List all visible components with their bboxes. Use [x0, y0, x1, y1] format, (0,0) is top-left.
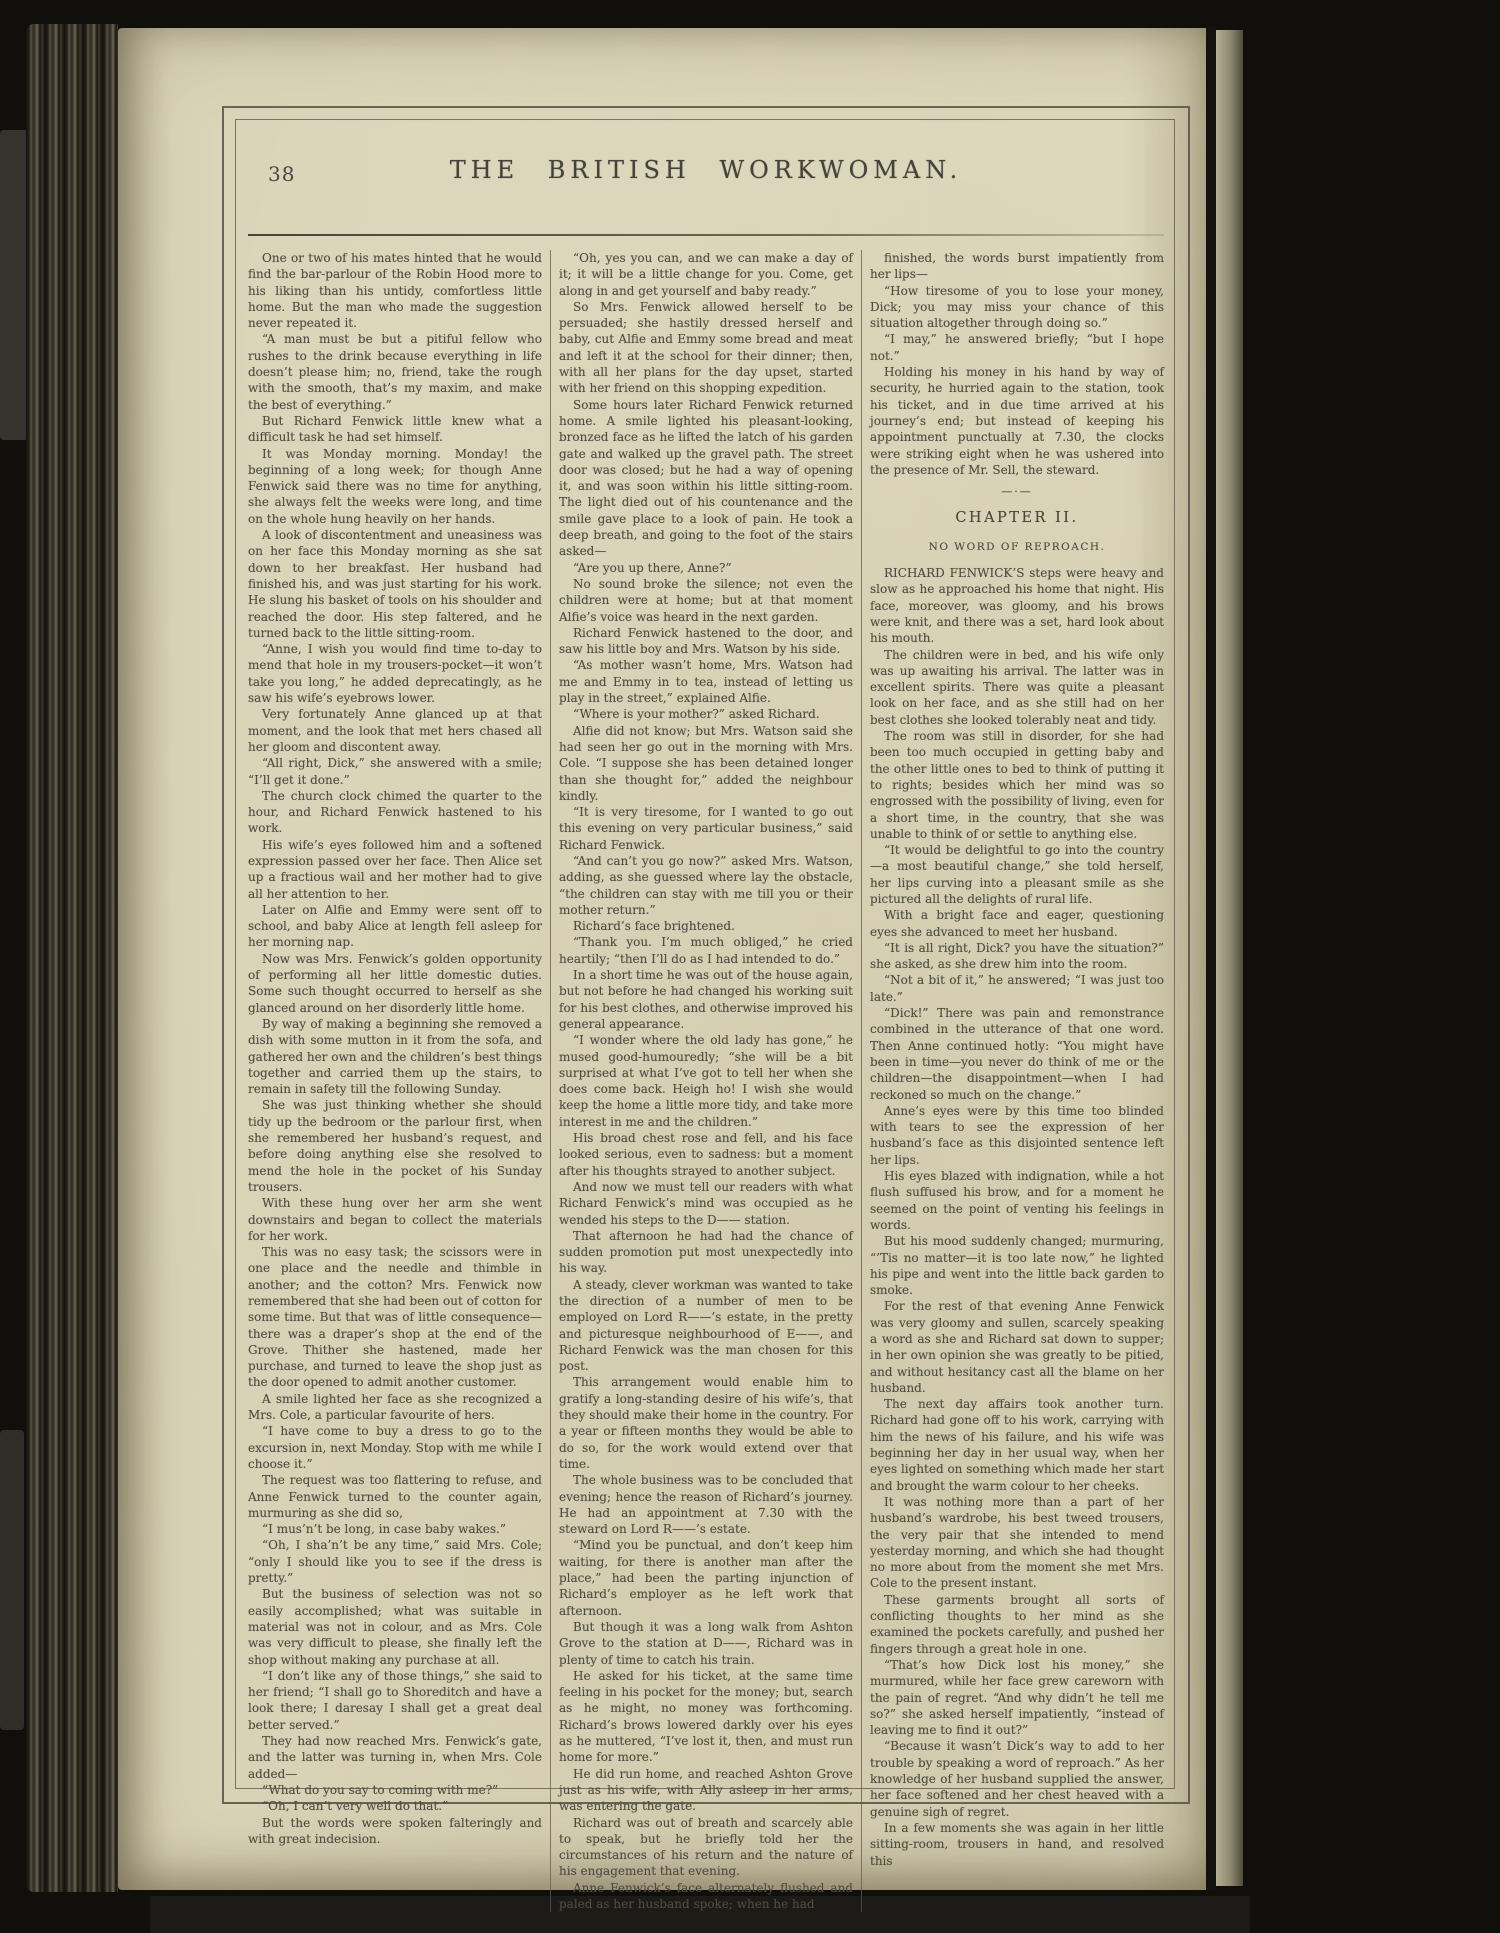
paragraph: “It is very tiresome, for I wanted to go… [559, 804, 853, 853]
paragraph: “Anne, I wish you would find time to-day… [248, 641, 542, 706]
paragraph: But Richard Fenwick little knew what a d… [248, 413, 542, 446]
paragraph: They had now reached Mrs. Fenwick’s gate… [248, 1733, 542, 1782]
paragraph: The room was still in disorder, for she … [870, 728, 1164, 842]
paragraph: In a short time he was out of the house … [559, 967, 853, 1032]
paragraph: For the rest of that evening Anne Fenwic… [870, 1298, 1164, 1396]
paragraph: “Are you up there, Anne?” [559, 560, 853, 576]
paragraph: And now we must tell our readers with wh… [559, 1179, 853, 1228]
paragraph: His broad chest rose and fell, and his f… [559, 1130, 853, 1179]
paragraph: He did run home, and reached Ashton Grov… [559, 1766, 853, 1815]
paragraph: With these hung over her arm she went do… [248, 1195, 542, 1244]
paragraph: “Thank you. I’m much obliged,” he cried … [559, 934, 853, 967]
paragraph: “Dick!” There was pain and remonstrance … [870, 1005, 1164, 1103]
paragraph: The whole business was to be concluded t… [559, 1472, 853, 1537]
chapter-block: —·— CHAPTER II. NO WORD OF REPROACH. [870, 484, 1164, 555]
paragraph: “I may,” he answered briefly; “but I hop… [870, 331, 1164, 364]
paragraph: In a few moments she was again in her li… [870, 1820, 1164, 1869]
paragraph: “And can’t you go now?” asked Mrs. Watso… [559, 853, 853, 918]
paragraph: But though it was a long walk from Ashto… [559, 1619, 853, 1668]
paragraph: Holding his money in his hand by way of … [870, 364, 1164, 478]
paragraph: But his mood suddenly changed; murmuring… [870, 1233, 1164, 1298]
paragraph: “It is all right, Dick? you have the sit… [870, 940, 1164, 973]
paragraph: “As mother wasn’t home, Mrs. Watson had … [559, 657, 853, 706]
paragraph: “Mind you be punctual, and don’t keep hi… [559, 1537, 853, 1618]
scan-edge-patch [0, 130, 28, 440]
paragraph: “A man must be but a pitiful fellow who … [248, 331, 542, 412]
paragraph: With a bright face and eager, questionin… [870, 907, 1164, 940]
paragraph: “All right, Dick,” she answered with a s… [248, 755, 542, 788]
column-2: “Oh, yes you can, and we can make a day … [550, 250, 861, 1912]
paper-page: 38 THE BRITISH WORKWOMAN. One or two of … [118, 28, 1210, 1890]
paragraph: Now was Mrs. Fenwick’s golden opportunit… [248, 951, 542, 1016]
paragraph: “Because it wasn’t Dick’s way to add to … [870, 1738, 1164, 1819]
book-page-stack-edge [26, 24, 118, 1892]
paragraph: Alfie did not know; but Mrs. Watson said… [559, 723, 853, 804]
column-1: One or two of his mates hinted that he w… [248, 250, 550, 1912]
paragraph: “I have come to buy a dress to go to the… [248, 1423, 542, 1472]
paragraph: finished, the words burst impatiently fr… [870, 250, 1164, 283]
page-scan: 38 THE BRITISH WORKWOMAN. One or two of … [0, 0, 1500, 1933]
chapter-heading: CHAPTER II. [870, 510, 1164, 526]
paragraph: So Mrs. Fenwick allowed herself to be pe… [559, 299, 853, 397]
paragraph: This was no easy task; the scissors were… [248, 1244, 542, 1391]
paragraph: Very fortunately Anne glanced up at that… [248, 706, 542, 755]
paragraph: “How tiresome of you to lose your money,… [870, 283, 1164, 332]
masthead: 38 THE BRITISH WORKWOMAN. [248, 154, 1164, 214]
page-fold-shadow [1206, 26, 1216, 1890]
paragraph: The church clock chimed the quarter to t… [248, 788, 542, 837]
paragraph: Anne Fenwick’s face alternately flushed … [559, 1880, 853, 1913]
paragraph: It was Monday morning. Monday! the begin… [248, 446, 542, 527]
paragraph: Later on Alfie and Emmy were sent off to… [248, 902, 542, 951]
paragraph: These garments brought all sorts of conf… [870, 1592, 1164, 1657]
paragraph: Some hours later Richard Fenwick returne… [559, 397, 853, 560]
facing-page-edge [1216, 30, 1243, 1886]
paragraph: She was just thinking whether she should… [248, 1097, 542, 1195]
paragraph: “I wonder where the old lady has gone,” … [559, 1032, 853, 1130]
paragraph: The next day affairs took another turn. … [870, 1396, 1164, 1494]
paragraph: But the business of selection was not so… [248, 1586, 542, 1667]
paragraph: Richard Fenwick hastened to the door, an… [559, 625, 853, 658]
paragraph: “Oh, yes you can, and we can make a day … [559, 250, 853, 299]
paragraph: A steady, clever workman was wanted to t… [559, 1277, 853, 1375]
header-rule [248, 234, 1164, 236]
paragraph: But the words were spoken falteringly an… [248, 1815, 542, 1848]
column-3-top-text: finished, the words burst impatiently fr… [870, 250, 1164, 478]
paragraph: “Oh, I can’t very well do that.” [248, 1798, 542, 1814]
paragraph: “That’s how Dick lost his money,” she mu… [870, 1657, 1164, 1738]
paragraph: “Where is your mother?” asked Richard. [559, 706, 853, 722]
masthead-title: THE BRITISH WORKWOMAN. [248, 156, 1164, 184]
scan-edge-patch [0, 1430, 24, 1730]
paragraph: Richard’s face brightened. [559, 918, 853, 934]
paragraph: By way of making a beginning she removed… [248, 1016, 542, 1097]
paragraph: It was nothing more than a part of her h… [870, 1494, 1164, 1592]
text-columns: One or two of his mates hinted that he w… [248, 250, 1164, 1912]
paragraph: “I don’t like any of those things,” she … [248, 1668, 542, 1733]
paragraph: His eyes blazed with indignation, while … [870, 1168, 1164, 1233]
column-3-bottom-text: RICHARD FENWICK’S steps were heavy and s… [870, 565, 1164, 1869]
paragraph: “Not a bit of it,” he answered; “I was j… [870, 972, 1164, 1005]
paragraph: “What do you say to coming with me?” [248, 1782, 542, 1798]
paragraph: The request was too flattering to refuse… [248, 1472, 542, 1521]
column-3: finished, the words burst impatiently fr… [861, 250, 1164, 1912]
chapter-ornament: —·— [870, 484, 1164, 500]
paragraph: A smile lighted her face as she recogniz… [248, 1391, 542, 1424]
paragraph: RICHARD FENWICK’S steps were heavy and s… [870, 565, 1164, 646]
paragraph: A look of discontentment and uneasiness … [248, 527, 542, 641]
paragraph: The children were in bed, and his wife o… [870, 647, 1164, 728]
paragraph: His wife’s eyes followed him and a softe… [248, 837, 542, 902]
paragraph: “It would be delightful to go into the c… [870, 842, 1164, 907]
paragraph: “I mus’n’t be long, in case baby wakes.” [248, 1521, 542, 1537]
paragraph: “Oh, I sha’n’t be any time,” said Mrs. C… [248, 1537, 542, 1586]
paragraph: He asked for his ticket, at the same tim… [559, 1668, 853, 1766]
paragraph: Anne’s eyes were by this time too blinde… [870, 1103, 1164, 1168]
paragraph: One or two of his mates hinted that he w… [248, 250, 542, 331]
paragraph: This arrangement would enable him to gra… [559, 1374, 853, 1472]
chapter-subheading: NO WORD OF REPROACH. [870, 539, 1164, 555]
paragraph: No sound broke the silence; not even the… [559, 576, 853, 625]
paragraph: That afternoon he had had the chance of … [559, 1228, 853, 1277]
paragraph: Richard was out of breath and scarcely a… [559, 1815, 853, 1880]
